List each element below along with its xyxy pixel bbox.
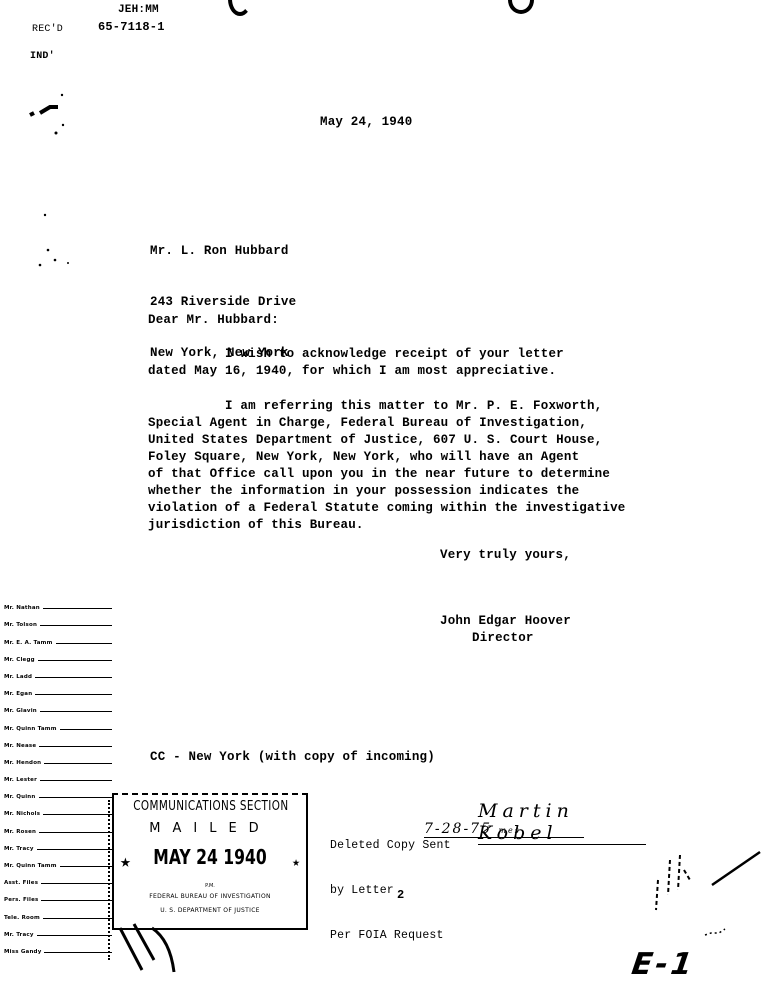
routing-row: Mr. Egan bbox=[4, 680, 112, 697]
routing-line bbox=[56, 643, 112, 644]
punch-hole-right bbox=[508, 0, 534, 14]
routing-name: Mr. Egan bbox=[4, 691, 32, 697]
routing-line bbox=[44, 952, 112, 953]
routing-name: Mr. Tracy bbox=[4, 846, 34, 852]
routing-row: Mr. Tracy bbox=[4, 835, 112, 852]
routing-row: Mr. Nichols bbox=[4, 800, 112, 817]
routing-list: Mr. NathanMr. TolsonMr. E. A. TammMr. Cl… bbox=[4, 594, 112, 955]
routing-row: Mr. Quinn Tamm bbox=[4, 852, 112, 869]
punch-hole-left bbox=[228, 0, 252, 16]
recorded-label: REC'D bbox=[32, 21, 63, 38]
routing-line bbox=[43, 814, 112, 815]
routing-name: Tele. Room bbox=[4, 915, 40, 921]
routing-line bbox=[60, 729, 112, 730]
routing-row: Mr. Ladd bbox=[4, 663, 112, 680]
routing-name: Mr. Glavin bbox=[4, 708, 37, 714]
stamp-agency: FEDERAL BUREAU OF INVESTIGATION bbox=[114, 893, 306, 900]
routing-line bbox=[39, 832, 112, 833]
routing-name: Mr. Tracy bbox=[4, 932, 34, 938]
routing-line bbox=[35, 694, 112, 695]
signer-title: Director bbox=[472, 630, 534, 647]
routing-line bbox=[41, 883, 112, 884]
routing-line bbox=[37, 935, 112, 936]
deleted-copy-by-label: by Letter bbox=[330, 883, 451, 898]
deleted-copy-sent-label: Deleted Copy Sent bbox=[330, 838, 451, 853]
routing-row: Pers. Files bbox=[4, 886, 112, 903]
stamp-date: MAY 24 1940 bbox=[135, 845, 285, 869]
signer-name: John Edgar Hoover bbox=[440, 613, 571, 630]
routing-name: Mr. Hendon bbox=[4, 760, 41, 766]
salutation: Dear Mr. Hubbard: bbox=[148, 312, 279, 329]
routing-row: Tele. Room bbox=[4, 903, 112, 920]
routing-name: Mr. Quinn Tamm bbox=[4, 726, 57, 732]
routing-row: Mr. Clegg bbox=[4, 646, 112, 663]
routing-line bbox=[40, 625, 112, 626]
routing-name: Mr. Ladd bbox=[4, 674, 32, 680]
exhibit-label: E-1 bbox=[630, 947, 698, 982]
handwritten-slash-marks bbox=[112, 920, 202, 980]
routing-line bbox=[40, 711, 112, 712]
closing: Very truly yours, bbox=[440, 547, 571, 564]
routing-row: Mr. Quinn Tamm bbox=[4, 714, 112, 731]
routing-line bbox=[60, 866, 112, 867]
handwritten-initials bbox=[650, 840, 770, 950]
routing-name: Asst. Files bbox=[4, 880, 38, 886]
letter-date: May 24, 1940 bbox=[320, 114, 412, 131]
routing-row: Mr. Nathan bbox=[4, 594, 112, 611]
routing-line bbox=[40, 780, 112, 781]
routing-row: Asst. Files bbox=[4, 869, 112, 886]
routing-name: Mr. Clegg bbox=[4, 657, 35, 663]
star-icon: ★ bbox=[292, 855, 300, 870]
routing-row: Miss Gandy bbox=[4, 938, 112, 955]
routing-row: Mr. Rosen bbox=[4, 817, 112, 834]
star-icon: ★ bbox=[120, 851, 131, 872]
routing-name: Mr. Lester bbox=[4, 777, 37, 783]
routing-name: Mr. Tolson bbox=[4, 622, 37, 628]
file-initials: JEH:MM bbox=[118, 2, 159, 19]
body-paragraph-2: I am referring this matter to Mr. P. E. … bbox=[148, 398, 625, 534]
page-number: 2 bbox=[397, 887, 404, 904]
routing-line bbox=[43, 918, 112, 919]
routing-line bbox=[37, 849, 112, 850]
routing-row: Mr. Hendon bbox=[4, 749, 112, 766]
deleted-copy-date: 7-28-75 mes bbox=[424, 821, 584, 838]
file-number: 65-7118-1 bbox=[98, 19, 165, 36]
routing-name: Mr. Quinn bbox=[4, 794, 36, 800]
routing-name: Mr. E. A. Tamm bbox=[4, 640, 53, 646]
stamp-small-line: P.M. bbox=[114, 883, 306, 889]
routing-row: Mr. Tolson bbox=[4, 611, 112, 628]
routing-name: Mr. Nathan bbox=[4, 605, 40, 611]
routing-line bbox=[44, 763, 112, 764]
routing-name: Pers. Files bbox=[4, 897, 38, 903]
routing-row: Mr. Lester bbox=[4, 766, 112, 783]
scan-speckle bbox=[20, 85, 80, 285]
recipient-name: Mr. L. Ron Hubbard bbox=[150, 243, 296, 260]
routing-row: Mr. Quinn bbox=[4, 783, 112, 800]
routing-name: Mr. Nease bbox=[4, 743, 36, 749]
stamp-title: COMMUNICATIONS SECTION bbox=[133, 799, 287, 814]
routing-line bbox=[35, 677, 112, 678]
recipient-street: 243 Riverside Drive bbox=[150, 294, 296, 311]
routing-name: Mr. Quinn Tamm bbox=[4, 863, 57, 869]
routing-line bbox=[38, 660, 112, 661]
routing-line bbox=[39, 746, 112, 747]
indexed-label: IND' bbox=[30, 48, 55, 65]
stamp-department: U. S. DEPARTMENT OF JUSTICE bbox=[114, 907, 306, 914]
deleted-copy-per-label: Per FOIA Request bbox=[330, 928, 451, 943]
routing-row: Mr. Glavin bbox=[4, 697, 112, 714]
body-paragraph-1: I wish to acknowledge receipt of your le… bbox=[148, 346, 564, 380]
routing-name: Mr. Nichols bbox=[4, 811, 40, 817]
routing-name: Mr. Rosen bbox=[4, 829, 36, 835]
routing-row: Mr. Tracy bbox=[4, 921, 112, 938]
routing-line bbox=[39, 797, 112, 798]
mailed-stamp: COMMUNICATIONS SECTION MAILED ★ MAY 24 1… bbox=[112, 793, 308, 930]
routing-line bbox=[41, 900, 112, 901]
routing-row: Mr. E. A. Tamm bbox=[4, 628, 112, 645]
carbon-copy-note: CC - New York (with copy of incoming) bbox=[150, 749, 435, 766]
stamp-status: MAILED bbox=[114, 821, 306, 836]
routing-name: Miss Gandy bbox=[4, 949, 41, 955]
routing-line bbox=[43, 608, 112, 609]
routing-row: Mr. Nease bbox=[4, 732, 112, 749]
